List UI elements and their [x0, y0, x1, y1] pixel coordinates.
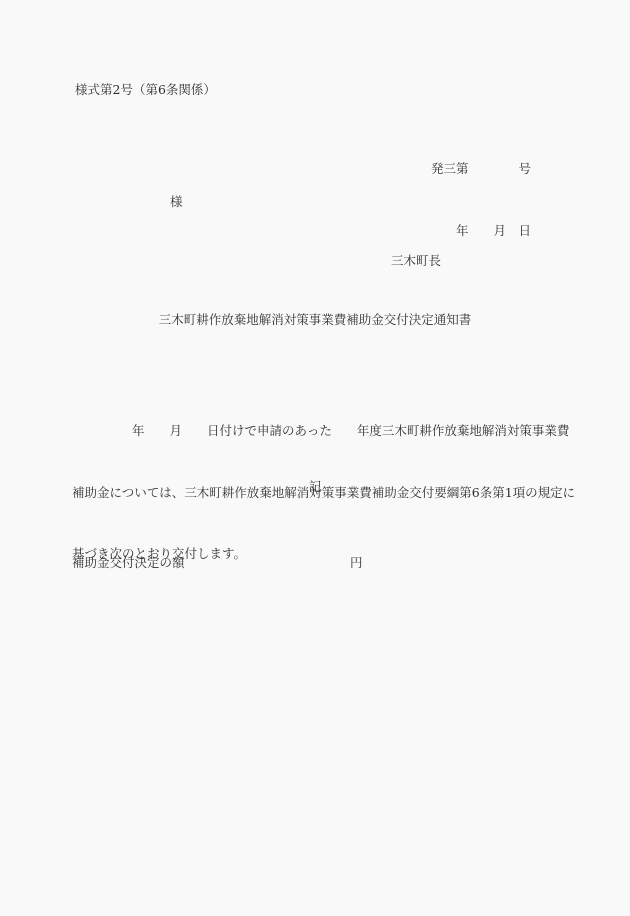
form-number: 様式第2号（第6条関係） [75, 80, 216, 100]
issue-block: 発三第 号 年 月 日 [431, 118, 531, 282]
amount-label: 補助金交付決定の額 [72, 553, 185, 573]
recipient-honorific: 様 [170, 192, 183, 212]
date-line: 年 月 日 [431, 221, 531, 242]
document-title: 三木町耕作放棄地解消対策事業費補助金交付決定通知書 [0, 310, 630, 330]
issue-number-line: 発三第 号 [431, 159, 531, 180]
section-heading-ki: 記 [0, 477, 630, 497]
amount-row: 補助金交付決定の額 円 [72, 553, 592, 573]
document-page: 様式第2号（第6条関係） 発三第 号 年 月 日 様 三木町長 三木町耕作放棄地… [0, 0, 630, 916]
body-line-1: 年 月 日付けで申請のあった 年度三木町耕作放棄地解消対策事業費 [72, 421, 592, 442]
amount-unit: 円 [350, 553, 363, 573]
sender-title: 三木町長 [391, 251, 441, 271]
